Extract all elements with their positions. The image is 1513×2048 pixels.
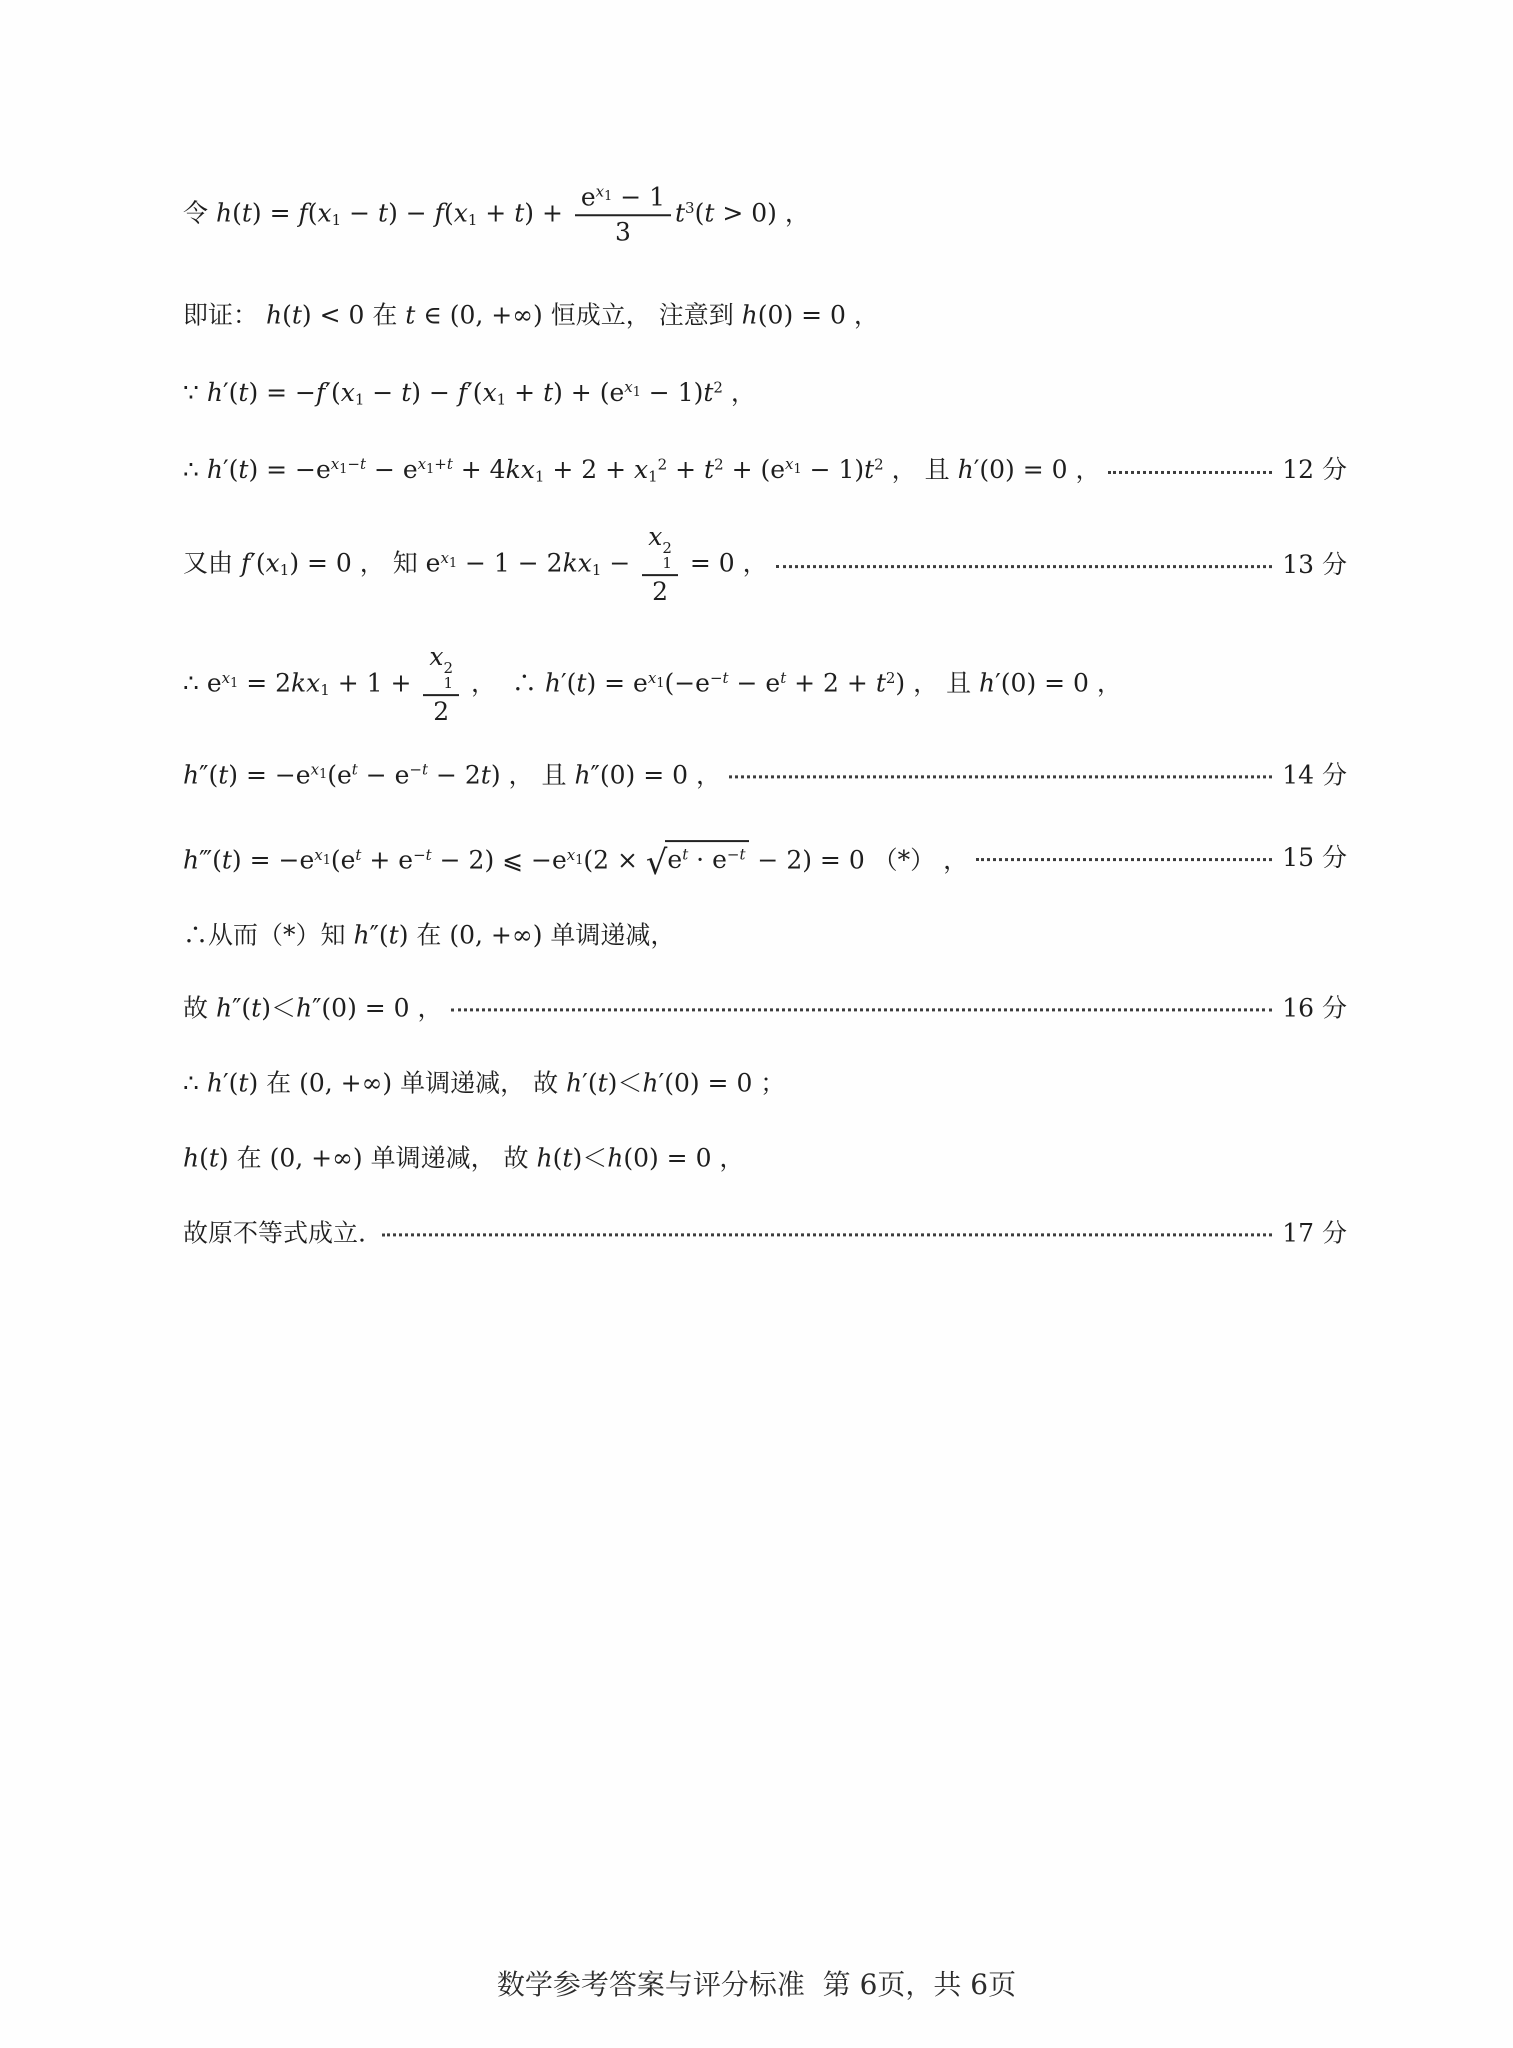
text-segment: > 0) ， [714,199,809,228]
text-segment: + 2 + [544,455,634,484]
text-segment: ( [308,199,318,228]
text-segment: 1 [444,674,454,692]
text-segment: (0) = 0 ， [758,300,879,329]
text-segment: f [298,199,307,228]
text-segment: 在 [237,1143,270,1172]
text-segment: 单调递减， 故 [371,1143,537,1172]
text-segment: t [562,1143,572,1172]
text-segment: · e [688,845,727,874]
text-segment: h [266,300,282,329]
text-segment: x [648,522,662,551]
text-segment: h [353,920,369,949]
text-segment: )＜ [608,1068,643,1097]
text-segment: x [578,549,592,578]
text-segment: ′( [250,549,265,578]
formula: 故原不等式成立. [183,1217,374,1248]
text-segment: (e [331,846,356,875]
superscript: x1 [648,669,665,687]
text-segment: ) − [388,199,435,228]
text-segment: t [876,669,886,698]
math-line: h‴(t) = −ex1(et + e−t − 2) ⩽ −ex1(2 × √e… [183,840,1347,876]
text-segment: ， [723,378,756,407]
text-segment: ) ， [895,669,946,698]
text-segment: h [207,1068,223,1097]
text-segment: 2 [886,669,896,687]
text-segment: x [634,455,648,484]
formula: ∴ h′(t) = −ex1−t − ex1+t + 4kx1 + 2 + x1… [183,454,1100,486]
text-segment: ″( [232,993,251,1022]
formula: ∴ ex1 = 2kx1 + 1 + x212 ， ∴ h′(t) = ex1(… [183,643,1122,727]
text-segment: ( [232,199,242,228]
text-segment: t [378,199,388,228]
formula: 又由 f′(x1) = 0 ， 知 ex1 − 1 − 2kx1 − x212 … [183,523,768,607]
text-segment: x [331,455,339,473]
text-segment: 1 [332,211,342,229]
text-segment: ∵ [183,378,207,407]
square-root: √et · e−t [646,840,750,875]
text-segment: f [435,199,444,228]
text-segment: − [727,845,740,863]
text-segment: ( [282,300,292,329]
text-segment: ) [248,1068,266,1097]
subscript: 1 [323,853,331,868]
text-segment: ″(0) = 0 ， [312,993,442,1022]
text-segment: ) [219,1143,237,1172]
text-segment: ′( [325,378,340,407]
sub-sup-stack: 21 [662,541,672,573]
text-segment: + [667,455,704,484]
text-segment: t [238,378,248,407]
formula: h‴(t) = −ex1(et + e−t − 2) ⩽ −ex1(2 × √e… [183,840,968,876]
text-segment: 在 [372,300,405,329]
text-segment: ′( [582,1068,597,1097]
text-segment: h [207,455,223,484]
text-segment: h [566,1068,582,1097]
text-segment: ″(0) = 0 ， [591,760,721,789]
leader-dots [451,1009,1273,1012]
text-segment: ‴( [199,846,222,875]
text-segment: h [958,455,974,484]
text-segment: − 2 [428,760,481,789]
math-line: 令 h(t) = f(x1 − t) − f(x1 + t) + ex1 − 1… [183,183,1347,247]
text-segment: ′(0) = 0 ， [995,669,1122,698]
text-segment: − [341,199,378,228]
text-segment: 令 [183,199,216,228]
text-segment: t [292,300,302,329]
text-segment: + 1 + [330,669,420,698]
superscript: −t [727,845,746,863]
text-segment: ∈ (0, +∞) [415,300,550,329]
text-segment: h [296,993,312,1022]
text-segment: 1 [449,556,457,571]
text-segment: − 2) ⩽ −e [432,846,567,875]
subscript: 1 [497,390,507,408]
text-segment: 2 [433,697,449,726]
text-segment: ) = e [586,669,647,698]
text-segment: x [624,378,632,396]
text-segment: ′( [467,378,482,407]
text-segment: t [543,378,553,407]
text-segment: h [216,199,232,228]
formula: 令 h(t) = f(x1 − t) − f(x1 + t) + ex1 − 1… [183,183,810,247]
text-segment: 2 [874,455,884,473]
score-label: 12 分 [1282,454,1347,485]
text-segment: ) + [524,199,571,228]
text-segment: t [703,378,713,407]
text-segment: + 2 + [786,669,876,698]
fraction: x212 [642,523,678,607]
leader-dots [976,859,1272,862]
text-segment: (0, +∞) [270,1143,371,1172]
text-segment: x [222,669,230,687]
superscript: −t [710,669,729,687]
text-segment: x [567,846,575,864]
text-segment: ) = −e [228,760,310,789]
text-segment: 从而（*）知 [208,920,353,949]
superscript: 2 [886,669,896,687]
text-segment: 知 [393,549,426,578]
text-segment: + (e [724,455,785,484]
text-segment: (0, +∞) [449,920,550,949]
text-segment: + [506,378,543,407]
text-segment: h [207,378,223,407]
math-line: ∴ h′(t) 在 (0, +∞) 单调递减， 故 h′(t)＜h′(0) = … [183,1067,1347,1098]
text-segment: ， [884,455,925,484]
formula: ∴ h′(t) 在 (0, +∞) 单调递减， 故 h′(t)＜h′(0) = … [183,1067,785,1098]
formula: 故 h″(t)＜h″(0) = 0 ， [183,992,443,1023]
text-segment: ″( [370,920,389,949]
text-segment: 1 [592,561,602,579]
math-line: h″(t) = −ex1(et − e−t − 2t) ， 且 h″(0) = … [183,759,1347,790]
text-segment: t [514,199,524,228]
text-segment: 1 [633,385,641,400]
text-segment: − [710,669,723,687]
text-segment: ) = 0 ， [289,549,392,578]
text-segment: ′( [223,455,238,484]
subscript: 1 [535,467,545,485]
superscript: 2 [874,455,884,473]
text-segment: ∴ [183,920,208,949]
math-line: ∴从而（*）知 h″(t) 在 (0, +∞) 单调递减， [183,919,1347,950]
text-segment: t [389,920,399,949]
subscript: 1 [648,467,658,485]
superscript: x1 [222,669,239,687]
text-segment: e [581,182,596,211]
text-segment: t [251,993,261,1022]
text-segment: t [704,199,714,228]
text-segment: t [864,455,874,484]
subscript: 1 [468,211,478,229]
document-page: 令 h(t) = f(x1 − t) − f(x1 + t) + ex1 − 1… [0,0,1513,2048]
text-segment: h [607,1143,623,1172]
score-label: 17 分 [1282,1217,1347,1248]
text-segment: x [521,455,535,484]
text-segment: ) − [411,378,458,407]
text-segment: t [481,760,491,789]
text-segment: f [458,378,467,407]
text-segment: − 1 − 2 [457,549,563,578]
text-segment: 且 [541,760,574,789]
text-segment: h [979,669,995,698]
text-segment: 且 [946,669,979,698]
text-segment: t [238,1068,248,1097]
text-segment: x [306,669,320,698]
math-line: h(t) 在 (0, +∞) 单调递减， 故 h(t)＜h(0) = 0 ， [183,1142,1347,1173]
text-segment: − 1) [802,455,865,484]
text-segment: 3 [615,217,631,246]
text-segment: ′( [561,669,576,698]
text-segment: 在 [416,920,449,949]
text-segment: 故原不等式成立. [183,1218,374,1247]
text-segment: x [266,549,280,578]
subscript: 1 [320,681,330,699]
text-segment: 1 [497,390,507,408]
text-segment: t [218,760,228,789]
superscript: x1 [314,846,331,864]
leader-dots [729,776,1272,779]
score-label: 16 分 [1282,992,1347,1023]
text-segment: x [314,846,322,864]
text-segment: x [785,455,793,473]
text-segment: 1 [280,561,290,579]
math-line: 即证： h(t) < 0 在 t ∈ (0, +∞) 恒成立， 注意到 h(0)… [183,299,1347,330]
score-label: 13 分 [1282,549,1347,580]
text-segment: t [401,378,411,407]
text-segment: ) = − [248,378,316,407]
text-segment: ′( [223,1068,238,1097]
text-segment: x [418,455,426,473]
text-segment: ) [399,920,417,949]
text-segment: − 1) [641,378,704,407]
text-segment: t [704,455,714,484]
text-segment: + 4 [453,455,506,484]
text-segment: 2 [714,455,724,473]
subscript: 1 [280,561,290,579]
text-segment: (−e [664,669,710,698]
text-segment: x [318,199,332,228]
math-line: 故原不等式成立. 17 分 [183,1217,1347,1248]
superscript: x1+t [418,455,453,473]
sub-sup-stack: 21 [444,661,454,693]
score-label: 14 分 [1282,759,1347,790]
superscript: x1−t [331,455,366,473]
text-segment: ∴ [183,455,207,484]
text-segment: − e [366,455,418,484]
text-segment: 恒成立， 注意到 [551,300,742,329]
subscript: 1 [633,385,641,400]
text-segment: ) = −e [248,455,330,484]
text-segment: x [341,378,355,407]
text-segment: h [183,1143,199,1172]
text-segment: − e [358,760,410,789]
text-segment: 2 [658,455,668,473]
subscript: 1 [794,462,802,477]
text-segment: t [739,845,745,863]
text-segment: 单调递减， 故 [400,1068,566,1097]
text-segment: h [742,300,758,329]
text-segment: + [434,455,447,473]
text-segment: 1 [320,681,330,699]
subscript: 1 [319,768,327,783]
superscript: x1 [785,455,802,473]
text-segment: − [347,455,360,473]
superscript: −t [409,761,428,779]
superscript: −t [413,846,432,864]
superscript: 3 [685,199,695,217]
text-segment: t [598,1068,608,1097]
text-segment: − [364,378,401,407]
text-segment: + e [361,846,413,875]
text-segment: 1 [535,467,545,485]
text-segment: h [574,760,590,789]
text-segment: )＜ [572,1143,607,1172]
superscript: x1 [596,183,613,201]
math-line: 又由 f′(x1) = 0 ， 知 ex1 − 1 − 2kx1 − x212 … [183,523,1347,607]
subscript: 1 [449,556,457,571]
math-content: 令 h(t) = f(x1 − t) − f(x1 + t) + ex1 − 1… [0,0,1513,2048]
superscript: 2 [658,455,668,473]
text-segment: − [409,761,422,779]
radical-sign: √ [646,849,668,878]
text-segment: ( [695,199,705,228]
text-segment: − 1 [612,182,665,211]
formula: 即证： h(t) < 0 在 t ∈ (0, +∞) 恒成立， 注意到 h(0)… [183,299,879,330]
text-segment: 1 [794,462,802,477]
subscript: 1 [332,211,342,229]
text-segment: h [183,846,199,875]
text-segment: − e [729,669,781,698]
superscript: 2 [714,455,724,473]
text-segment: ， ∴ [463,669,545,698]
text-segment: 单调递减， [550,920,675,949]
text-segment: ( [444,199,454,228]
text-segment: 在 [266,1068,299,1097]
superscript: x1 [440,549,457,567]
text-segment: 1 [355,390,365,408]
text-segment: x [440,549,448,567]
text-segment: f [241,549,250,578]
text-segment: 1 [323,853,331,868]
text-segment: t [405,300,415,329]
text-segment: ∴ e [183,669,222,698]
text-segment: x [454,199,468,228]
text-segment: 且 [925,455,958,484]
text-segment: ′( [223,378,238,407]
subscript: 1 [592,561,602,579]
math-line: ∴ h′(t) = −ex1−t − ex1+t + 4kx1 + 2 + x1… [183,454,1347,486]
text-segment: ) < 0 [302,300,372,329]
text-segment: 2 [713,378,723,396]
superscript: x1 [624,378,641,396]
text-segment: ″( [199,760,218,789]
text-segment: 故 [183,993,216,1022]
text-segment: 即证： [183,300,266,329]
text-segment: 1 [662,554,672,572]
text-segment: k [506,455,521,484]
text-segment: (0) = 0 ， [623,1143,744,1172]
text-segment: (2 × [583,846,646,875]
score-label: 15 分 [1282,842,1347,873]
text-segment: 3 [685,199,695,217]
text-segment: t [222,846,232,875]
text-segment: t [675,199,685,228]
superscript: x1 [567,846,584,864]
text-segment: = 0 ， [682,549,768,578]
text-segment: ′(0) = 0 ； [659,1068,786,1097]
formula: h(t) 在 (0, +∞) 单调递减， 故 h(t)＜h(0) = 0 ， [183,1142,744,1173]
text-segment: t [238,455,248,484]
text-segment: ∴ [183,1068,207,1097]
text-segment: 1 [648,467,658,485]
text-segment: (e [327,760,352,789]
text-segment: e [426,549,441,578]
text-segment: 2 [652,577,668,606]
text-segment: h [642,1068,658,1097]
text-segment: ( [199,1143,209,1172]
fraction: ex1 − 13 [575,183,671,247]
formula: ∴从而（*）知 h″(t) 在 (0, +∞) 单调递减， [183,919,675,950]
text-segment: ) = [252,199,299,228]
text-segment: + [477,199,514,228]
text-segment: h [183,760,199,789]
text-segment: h [216,993,232,1022]
text-segment: e [667,845,682,874]
text-segment: 1 [468,211,478,229]
text-segment: = 2 [238,669,291,698]
superscript: 2 [713,378,723,396]
text-segment: h [537,1143,553,1172]
text-segment: h [545,669,561,698]
superscript: x1 [311,761,328,779]
leader-dots [382,1234,1272,1237]
text-segment: )＜ [261,993,296,1022]
text-segment: 又由 [183,549,241,578]
text-segment: t [576,669,586,698]
text-segment: x [429,642,443,671]
text-segment: t [242,199,252,228]
text-segment: ( [553,1143,563,1172]
text-segment: x [483,378,497,407]
formula: ∵ h′(t) = −f′(x1 − t) − f′(x1 + t) + (ex… [183,377,756,409]
text-segment: ) = −e [232,846,314,875]
leader-dots [776,566,1273,569]
page-footer: 数学参考答案与评分标准 第 6页，共 6页 [0,1963,1513,2003]
text-segment: ′(0) = 0 ， [974,455,1101,484]
text-segment: 1 [319,768,327,783]
text-segment: ) ， [491,760,542,789]
text-segment: ) + (e [553,378,624,407]
text-segment: k [563,549,578,578]
text-segment: x [311,761,319,779]
text-segment: − [413,846,426,864]
subscript: 1 [355,390,365,408]
formula: h″(t) = −ex1(et − e−t − 2t) ， 且 h″(0) = … [183,759,721,790]
text-segment: − 2) = 0 （*） ， [749,846,968,875]
text-segment: − [601,549,638,578]
text-segment: f [316,378,325,407]
math-line: ∵ h′(t) = −f′(x1 − t) − f′(x1 + t) + (ex… [183,377,1347,409]
text-segment: t [209,1143,219,1172]
text-segment: x [596,183,604,201]
fraction: x212 [423,643,459,727]
math-line: ∴ ex1 = 2kx1 + 1 + x212 ， ∴ h′(t) = ex1(… [183,643,1347,727]
text-segment: (0, +∞) [299,1068,400,1097]
math-line: 故 h″(t)＜h″(0) = 0 ，16 分 [183,992,1347,1023]
leader-dots [1108,470,1272,473]
text-segment: k [291,669,306,698]
